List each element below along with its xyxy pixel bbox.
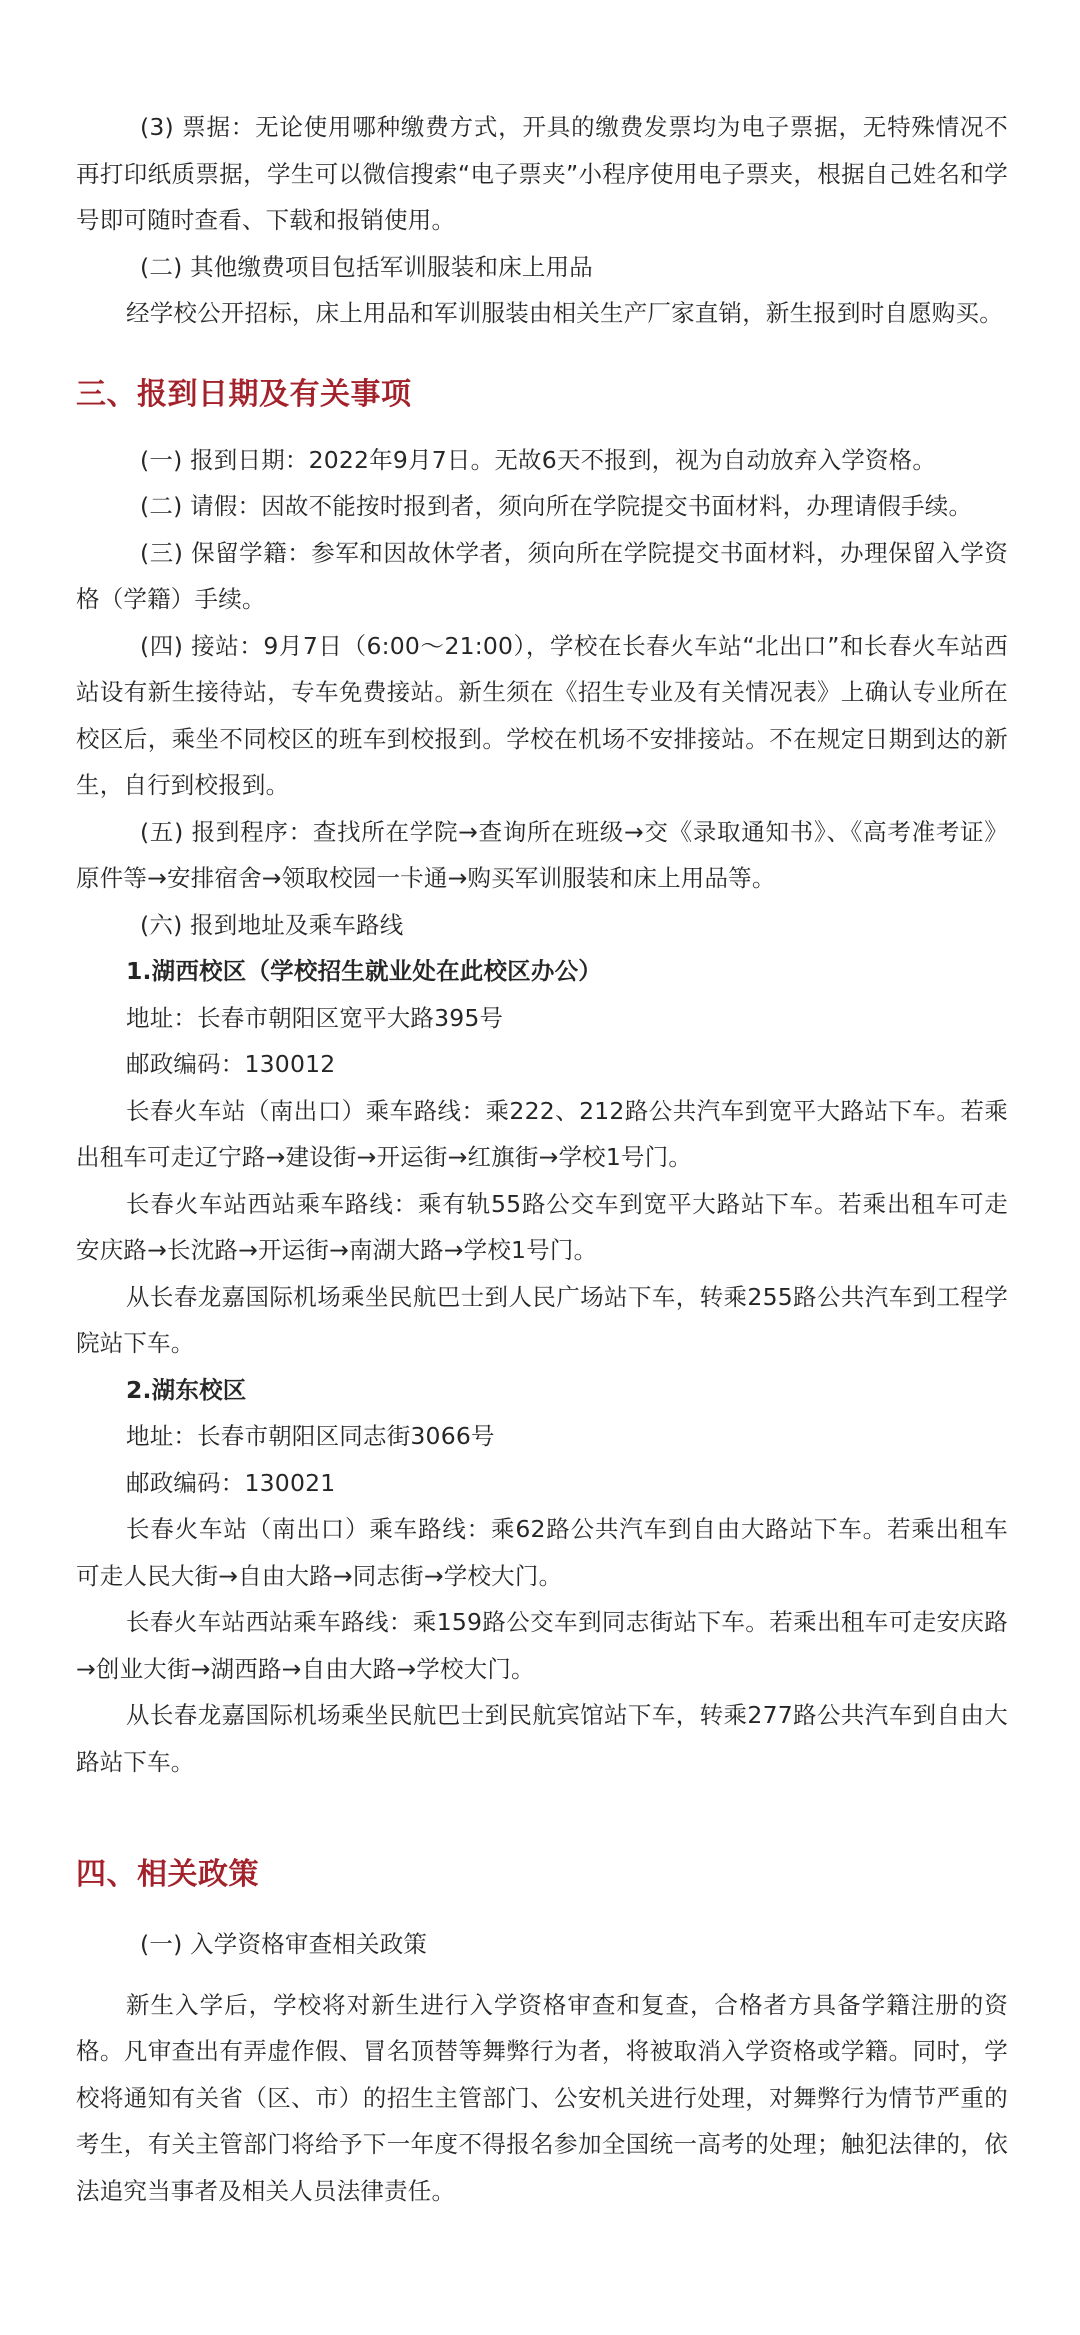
campus-west-address: 地址：长春市朝阳区宽平大路395号 [76, 995, 1008, 1042]
campus-east-postcode: 邮政编码：130021 [76, 1460, 1008, 1507]
paragraph-bedding-uniform: 经学校公开招标，床上用品和军训服装由相关生产厂家直销，新生报到时自愿购买。 [76, 290, 1008, 337]
item-procedure: (五) 报到程序：查找所在学院→查询所在班级→交《录取通知书》、《高考准考证》原… [76, 809, 1008, 902]
campus-west-route-south: 长春火车站（南出口）乘车路线：乘222、212路公共汽车到宽平大路站下车。若乘出… [76, 1088, 1008, 1181]
paragraph-receipts: (3) 票据：无论使用哪种缴费方式，开具的缴费发票均为电子票据，无特殊情况不再打… [76, 104, 1008, 244]
item-pickup: (四) 接站：9月7日（6:00～21:00），学校在长春火车站“北出口”和长春… [76, 623, 1008, 809]
policy-eligibility-paragraph: 新生入学后，学校将对新生进行入学资格审查和复查，合格者方具备学籍注册的资格。凡审… [76, 1982, 1008, 2215]
paragraph-other-fees-title: (二) 其他缴费项目包括军训服装和床上用品 [76, 244, 1008, 291]
policy-subheading-eligibility: (一) 入学资格审查相关政策 [76, 1921, 1008, 1968]
item-address-routes: (六) 报到地址及乘车路线 [76, 902, 1008, 949]
document-page: (3) 票据：无论使用哪种缴费方式，开具的缴费发票均为电子票据，无特殊情况不再打… [76, 104, 1008, 2214]
campus-west-postcode: 邮政编码：130012 [76, 1041, 1008, 1088]
campus-east-title: 2.湖东校区 [76, 1367, 1008, 1414]
campus-west-route-west: 长春火车站西站乘车路线：乘有轨55路公交车到宽平大路站下车。若乘出租车可走安庆路… [76, 1181, 1008, 1274]
item-leave: (二) 请假：因故不能按时报到者，须向所在学院提交书面材料，办理请假手续。 [76, 483, 1008, 530]
campus-west-title: 1.湖西校区（学校招生就业处在此校区办公） [76, 948, 1008, 995]
campus-east-route-airport: 从长春龙嘉国际机场乘坐民航巴士到民航宾馆站下车，转乘277路公共汽车到自由大路站… [76, 1692, 1008, 1785]
campus-east-address: 地址：长春市朝阳区同志街3066号 [76, 1413, 1008, 1460]
section-heading-registration: 三、报到日期及有关事项 [76, 375, 1008, 415]
item-reserve-status: (三) 保留学籍：参军和因故休学者，须向所在学院提交书面材料，办理保留入学资格（… [76, 530, 1008, 623]
campus-west-route-airport: 从长春龙嘉国际机场乘坐民航巴士到人民广场站下车，转乘255路公共汽车到工程学院站… [76, 1274, 1008, 1367]
campus-east-route-south: 长春火车站（南出口）乘车路线：乘62路公共汽车到自由大路站下车。若乘出租车可走人… [76, 1506, 1008, 1599]
campus-east-route-west: 长春火车站西站乘车路线：乘159路公交车到同志街站下车。若乘出租车可走安庆路→创… [76, 1599, 1008, 1692]
section-heading-policies: 四、相关政策 [76, 1855, 1008, 1895]
item-registration-date: (一) 报到日期：2022年9月7日。无故6天不报到，视为自动放弃入学资格。 [76, 437, 1008, 484]
